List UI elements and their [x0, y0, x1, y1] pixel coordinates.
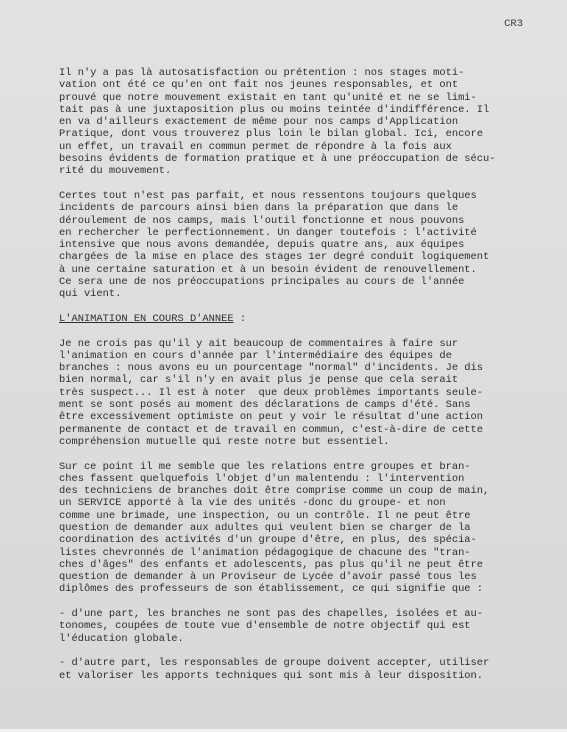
- document-page: CR3 Il n'y a pas là autosatisfaction ou …: [0, 0, 567, 732]
- text-line: permanente de contact et de travail en c…: [59, 424, 483, 436]
- text-line: en rechercher le perfectionnement. Un da…: [59, 227, 477, 239]
- text-line: qui vient.: [59, 288, 121, 300]
- text-line: un SERVICE apporté à la vie des unités -…: [59, 497, 446, 509]
- text-line: question de demander à un Proviseur de L…: [59, 571, 477, 583]
- paragraph: - d'autre part, les responsables de grou…: [59, 657, 559, 682]
- paragraph: Il n'y a pas là autosatisfaction ou prét…: [59, 67, 559, 178]
- text-line: vation ont été ce qu'en ont fait nos jeu…: [59, 79, 458, 91]
- text-line: en va d'ailleurs exactement de même pour…: [59, 116, 458, 128]
- text-line: l'animation en cours d'année par l'inter…: [59, 350, 452, 362]
- text-line: être excessivement optimiste on peut y v…: [59, 411, 483, 423]
- paragraph: Sur ce point il me semble que les relati…: [59, 461, 559, 596]
- text-line: chargées de la mise en place des stages …: [59, 251, 489, 263]
- text-line: intensive que nous avons demandée, depui…: [59, 239, 464, 251]
- text-line: à une certaine saturation et à un besoin…: [59, 264, 477, 276]
- text-line: un effet, un travail en commun permet de…: [59, 141, 452, 153]
- text-line: diplômes des professeurs de son établiss…: [59, 583, 483, 595]
- text-line: Je ne crois pas qu'il y ait beaucoup de …: [59, 338, 458, 350]
- text-line: bien normal, car s'il n'y en avait plus …: [59, 374, 458, 386]
- text-line: Il n'y a pas là autosatisfaction ou prét…: [59, 67, 464, 79]
- text-line: Ce sera une de nos préoccupations princi…: [59, 276, 464, 288]
- text-line: tait pas à une juxtaposition plus ou moi…: [59, 104, 489, 116]
- text-line: et valoriser les apports techniques qui …: [59, 670, 483, 682]
- text-line: Sur ce point il me semble que les relati…: [59, 461, 471, 473]
- page-number: CR3: [504, 18, 523, 30]
- text-line: ches fassent quelquefois l'objet d'un ma…: [59, 473, 464, 485]
- text-line: prouvé que notre mouvement existait en t…: [59, 92, 477, 104]
- section-heading-suffix: :: [234, 313, 246, 325]
- text-line: - d'autre part, les responsables de grou…: [59, 657, 489, 669]
- text-line: tonomes, coupées de toute vue d'ensemble…: [59, 620, 471, 632]
- text-line: très suspect... Il est à noter que deux …: [59, 387, 483, 399]
- text-line: compréhension mutuelle qui reste notre b…: [59, 436, 389, 448]
- text-line: comme une brimade, une inspection, ou un…: [59, 510, 471, 522]
- text-line: besoins évidents de formation pratique e…: [59, 153, 495, 165]
- text-line: coordination des activités d'un groupe d…: [59, 534, 477, 546]
- text-line: question de demander aux adultes qui veu…: [59, 522, 471, 534]
- text-line: - d'une part, les branches ne sont pas d…: [59, 608, 483, 620]
- text-line: Certes tout n'est pas parfait, et nous r…: [59, 190, 477, 202]
- section-heading: L'ANIMATION EN COURS D'ANNEE :: [59, 313, 559, 325]
- text-line: ches d'âges" des enfants et adolescents,…: [59, 559, 483, 571]
- text-line: des techniciens de branches doit être co…: [59, 485, 489, 497]
- section-heading-text: L'ANIMATION EN COURS D'ANNEE: [59, 313, 234, 325]
- paragraph: - d'une part, les branches ne sont pas d…: [59, 608, 559, 645]
- paragraphs-before-heading: Il n'y a pas là autosatisfaction ou prét…: [59, 67, 559, 301]
- paragraphs-after-heading: Je ne crois pas qu'il y ait beaucoup de …: [59, 338, 559, 682]
- text-line: rité du mouvement.: [59, 165, 171, 177]
- text-line: incidents de parcours ainsi bien dans la…: [59, 202, 458, 214]
- text-line: Pratique, dont vous trouverez plus loin …: [59, 128, 483, 140]
- text-line: branches : nous avons eu un pourcentage …: [59, 362, 483, 374]
- paragraph: Certes tout n'est pas parfait, et nous r…: [59, 190, 559, 301]
- text-line: listes chevronnés de l'animation pédagog…: [59, 547, 471, 559]
- text-line: l'éducation globale.: [59, 633, 184, 645]
- paragraph: Je ne crois pas qu'il y ait beaucoup de …: [59, 338, 559, 449]
- text-line: déroulement de nos camps, mais l'outil f…: [59, 215, 464, 227]
- text-line: ment se sont posés au moment des déclara…: [59, 399, 471, 411]
- document-body: Il n'y a pas là autosatisfaction ou prét…: [59, 67, 559, 694]
